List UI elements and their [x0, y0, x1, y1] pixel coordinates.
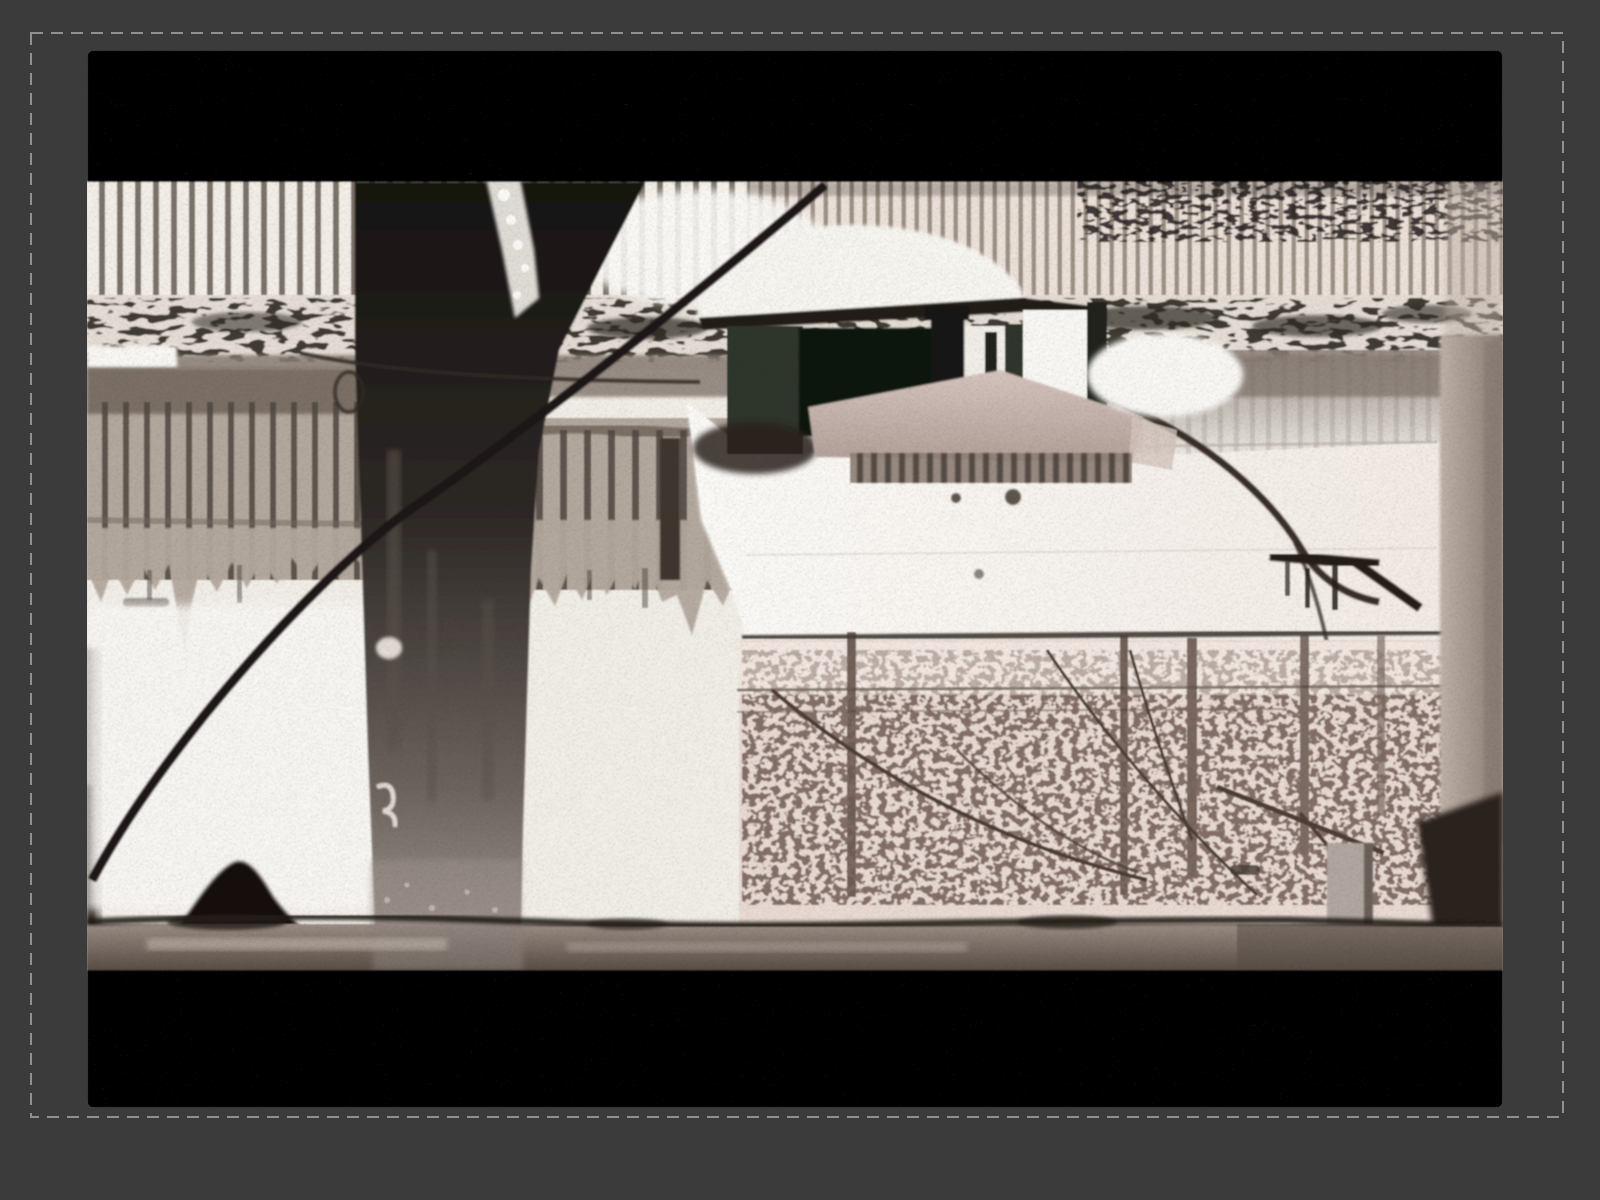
photo-layer[interactable]: [87, 50, 1503, 1108]
photo-scene: [87, 50, 1503, 1108]
editor-canvas: [0, 0, 1600, 1200]
film-grain: [87, 50, 1503, 1108]
